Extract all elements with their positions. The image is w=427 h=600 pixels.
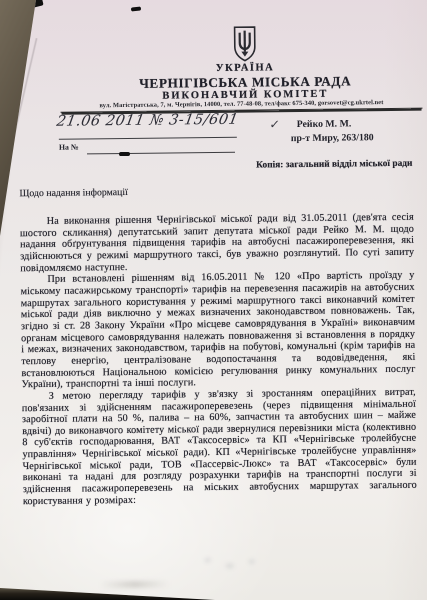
copy-note: Копія: загальний відділ міської ради [256, 159, 418, 172]
ink-bleed-through [193, 547, 273, 580]
paper-smudge [100, 581, 170, 589]
addressee-address: пр-т Миру, 263/180 [291, 132, 374, 144]
outgoing-number-handwritten: 21.06 2011 № 3-15/601 [55, 112, 239, 130]
photo-background: УКРАЇНА ЧЕРНІГІВСЬКА МІСЬКА РАДА ВИКОНАВ… [0, 0, 427, 600]
ukraine-trident-emblem [232, 25, 258, 62]
addressee-name: Рейко М. М. [297, 118, 352, 130]
outgoing-number-line [59, 137, 237, 140]
body-paragraph: При встановлені рішенням від 16.05.2011 … [20, 270, 415, 391]
document-paper: УКРАЇНА ЧЕРНІГІВСЬКА МІСЬКА РАДА ВИКОНАВ… [0, 0, 427, 600]
body-paragraph: На виконання рішення Чернігівської міськ… [20, 212, 415, 275]
subject-line: Щодо надання інформації [19, 187, 127, 199]
incoming-number-line [87, 152, 235, 155]
body-text: На виконання рішення Чернігівської міськ… [20, 212, 417, 508]
document-content: УКРАЇНА ЧЕРНІГІВСЬКА МІСЬКА РАДА ВИКОНАВ… [0, 0, 427, 600]
incoming-number-label: На № [59, 143, 79, 152]
checkmark-icon: ✓ [269, 117, 281, 131]
redaction-dash-mark [119, 152, 130, 156]
body-paragraph: З метою перегляду тарифів у зв'язку зі з… [22, 387, 417, 508]
